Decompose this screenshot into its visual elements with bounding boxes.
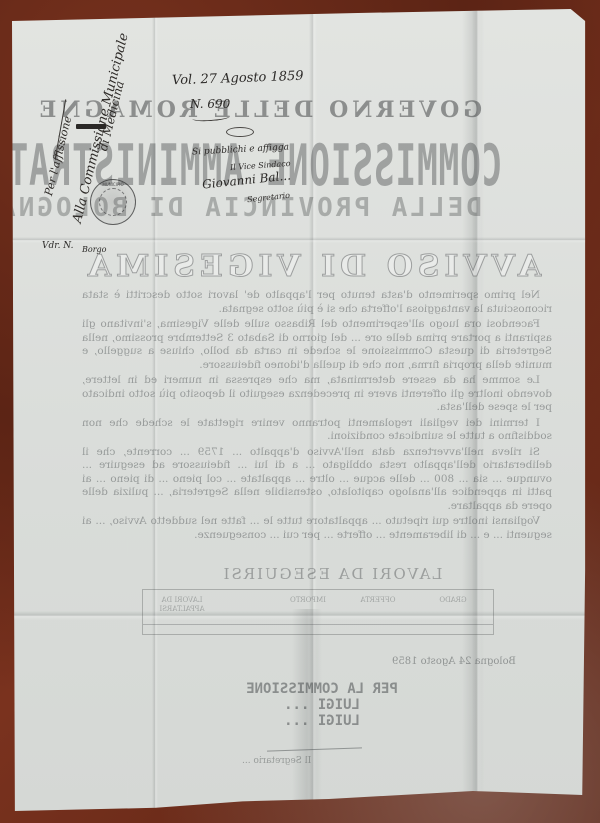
- fold-line: [12, 237, 588, 243]
- notice-body: Nel primo sperimento d'asta tenuto per l…: [82, 289, 552, 544]
- table-cell: GRADO: [433, 596, 473, 605]
- works-table: LAVORI DA APPALTARSI IMPORTO OFFERTA GRA…: [142, 589, 494, 635]
- metal-clip: [76, 124, 106, 129]
- header-commissione: COMMISSIONE AMMINISTRATIVA: [142, 132, 503, 198]
- signature-rule: [267, 747, 362, 751]
- body-paragraph: Le somme ha da essere determinata, ma ch…: [82, 374, 552, 415]
- signature-line: LUIGI ...: [237, 697, 407, 713]
- signature-footer: Il Segretario ...: [242, 756, 311, 766]
- body-paragraph: Vogliansi inoltre qui ripetuto ... appal…: [82, 515, 552, 542]
- body-paragraph: I termini dei vegliali regolamenti potra…: [82, 417, 552, 444]
- header-provincia: DELLA PROVINCIA DI BOLOGNA: [142, 193, 482, 223]
- document-sheet: GOVERNO DELLE ROMAGNE COMMISSIONE AMMINI…: [12, 9, 588, 811]
- lavori-title: LAVORI DA ESEGUIRSI: [212, 565, 452, 583]
- printed-date: Bologna 24 Agosto 1859: [392, 656, 516, 667]
- handwritten-margin-note: Vdr. N.: [42, 241, 73, 251]
- handwritten-protocol-number: N. 690: [190, 97, 230, 111]
- stamp-text: MUNICIPIO: [91, 182, 135, 187]
- stamp-emblem: [99, 188, 127, 216]
- table-cell: LAVORI DA APPALTARSI: [157, 596, 207, 614]
- signature-line: LUIGI ...: [237, 713, 407, 729]
- table-divider: [143, 624, 493, 625]
- table-cell: OFFERTA: [358, 596, 398, 605]
- header-avviso: AVVISO DI VIGESIMA: [82, 249, 542, 284]
- body-paragraph: Facendosi ora luogo all'esperimento del …: [82, 318, 552, 372]
- handwritten-margin-note: Borgo: [82, 245, 106, 254]
- flourish-mark: [226, 127, 254, 137]
- municipal-stamp-icon: MUNICIPIO: [90, 179, 136, 225]
- table-cell: IMPORTO: [283, 596, 333, 605]
- body-paragraph: Nel primo sperimento d'asta tenuto per l…: [82, 289, 552, 316]
- handwritten-date: Vol. 27 Agosto 1859: [172, 69, 304, 89]
- signature-line: PER LA COMMISSIONE: [237, 681, 407, 697]
- body-paragraph: Si rileva nell'avvertenza data nell'Avvi…: [82, 446, 552, 514]
- signature-block: PER LA COMMISSIONE LUIGI ... LUIGI ...: [237, 681, 407, 729]
